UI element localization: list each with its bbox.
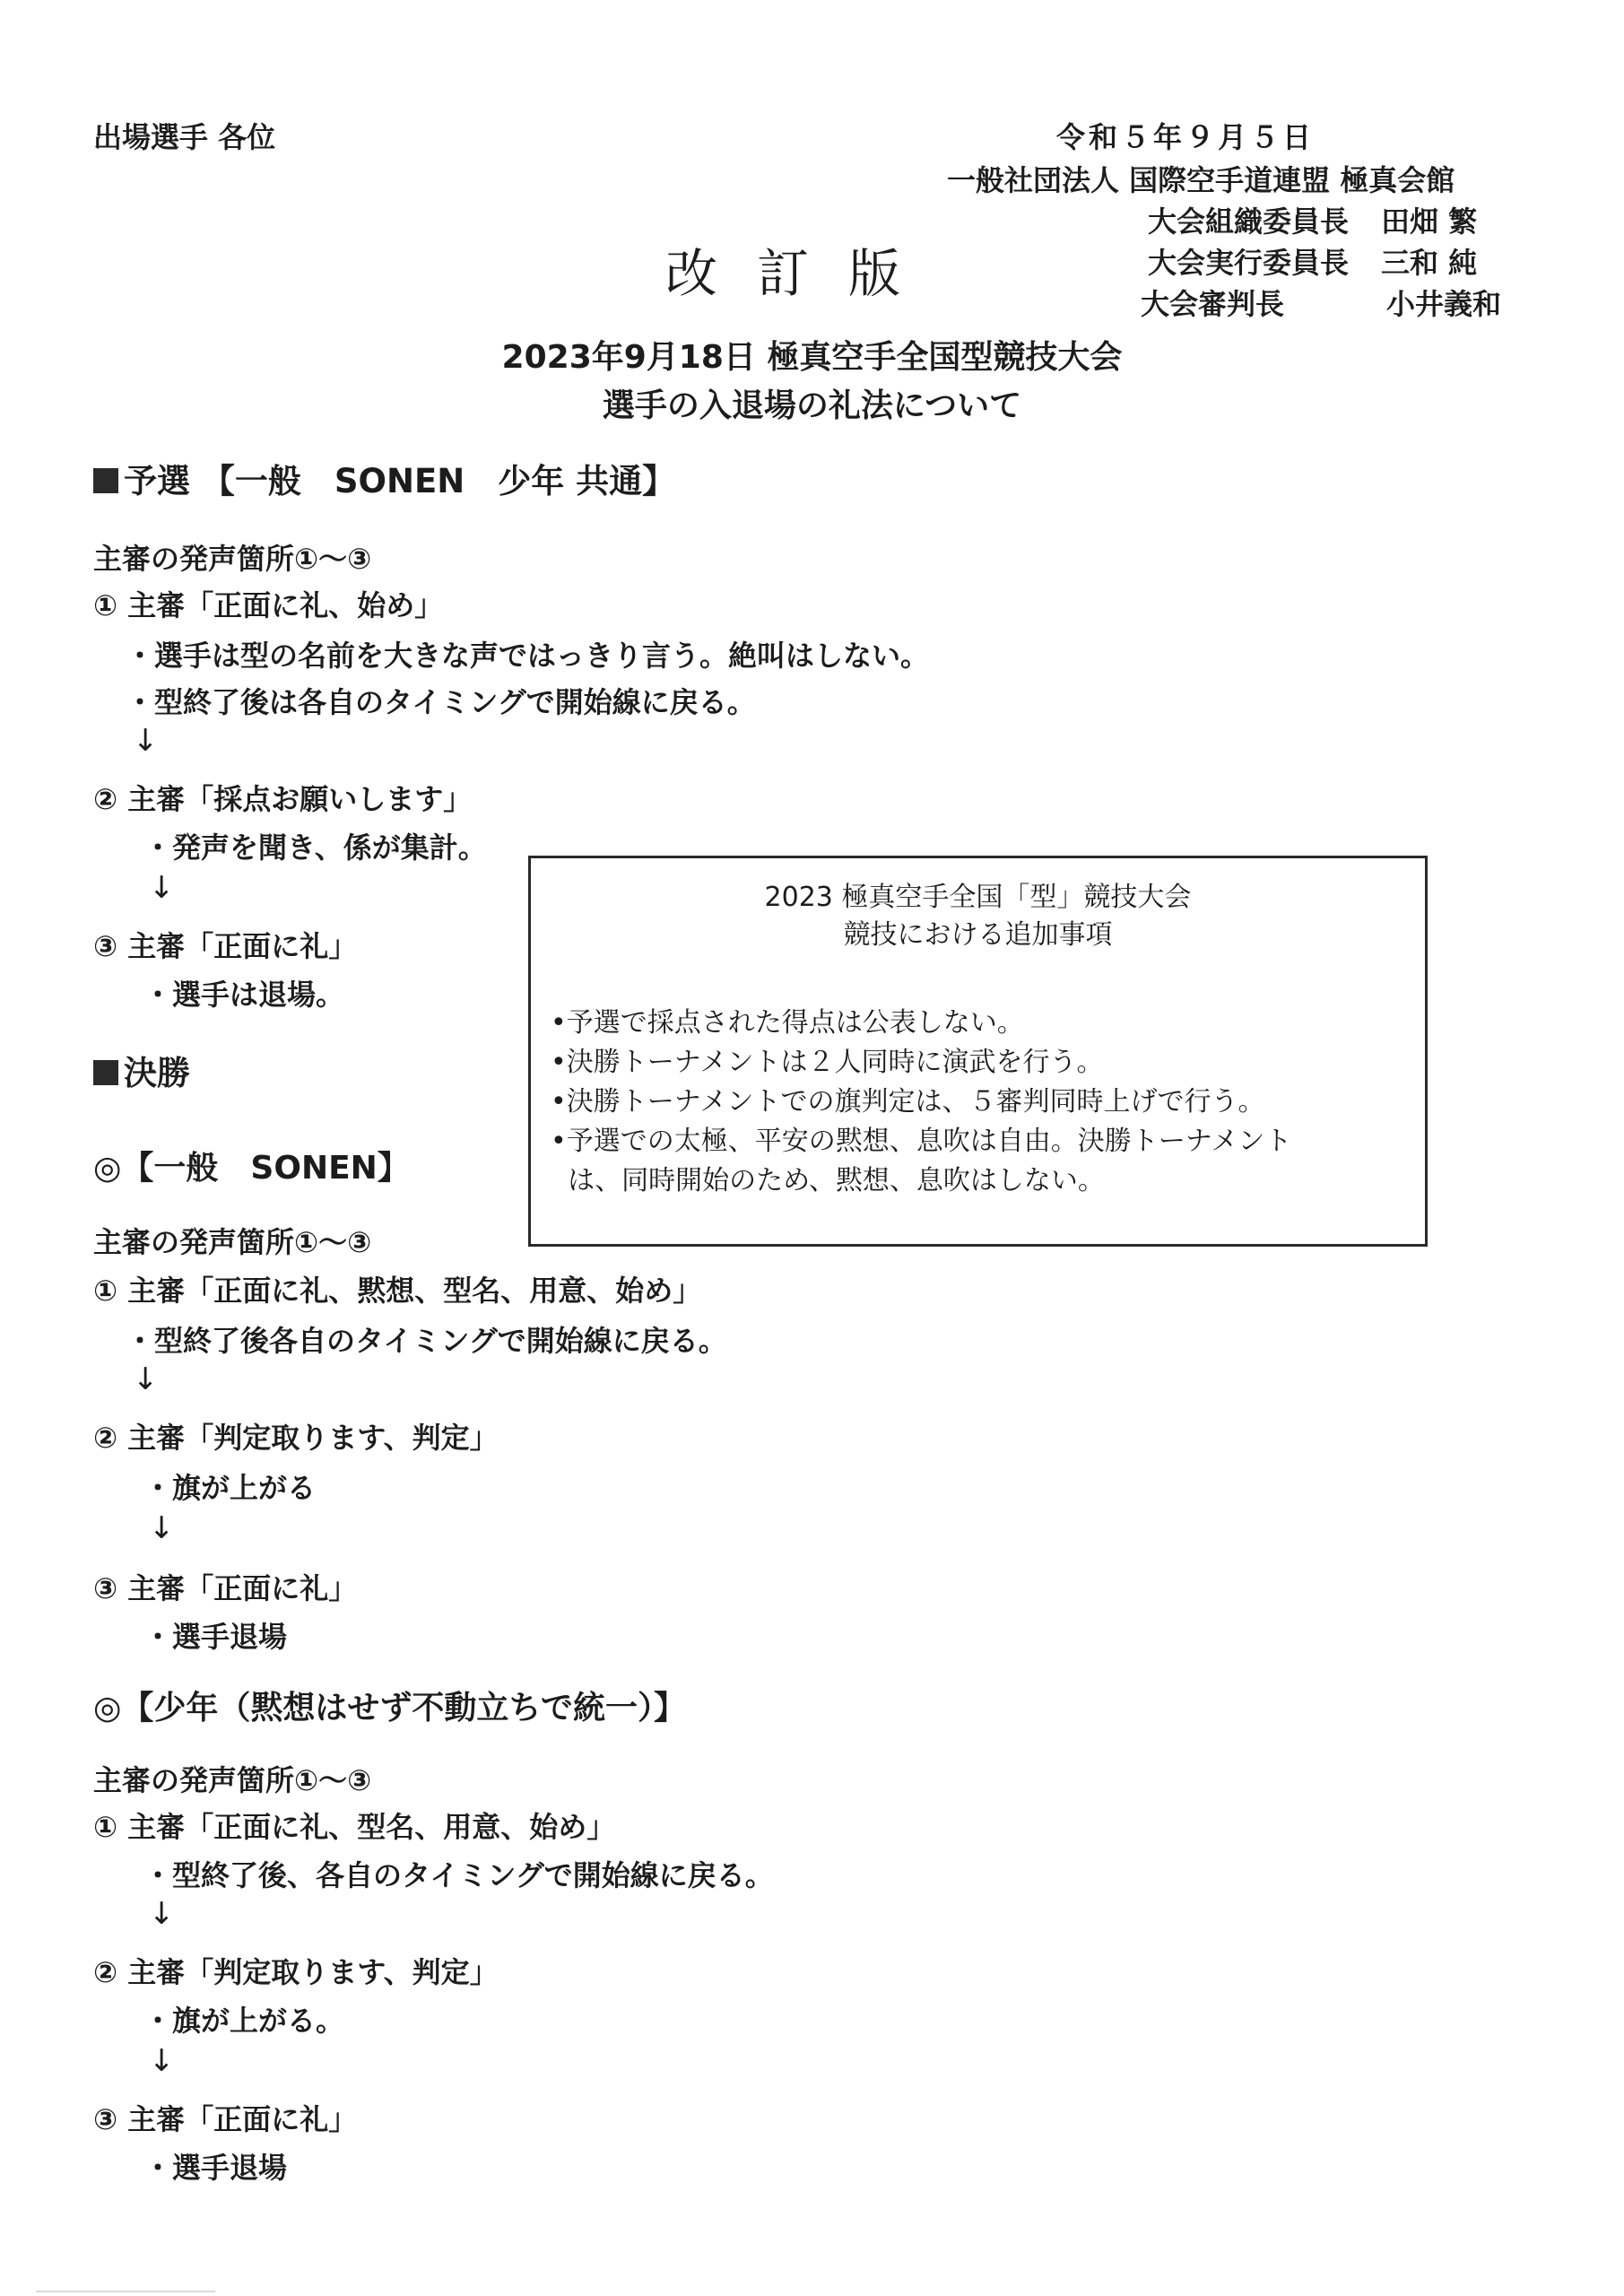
down-arrow-icon: ↓: [133, 1361, 159, 1397]
step-note: ・型終了後、各自のタイミングで開始線に戻る。: [143, 1853, 774, 1894]
signatory-role: 大会実行委員長: [1148, 240, 1349, 282]
signatory-executive-chair: 大会実行委員長 三和 純: [1148, 240, 1349, 282]
step-2: ② 主審「判定取ります、判定」: [93, 1415, 499, 1457]
additional-rules-box: 2023 極真空手全国「型」競技大会 競技における追加事項 •予選で採点された得…: [528, 856, 1428, 1247]
signatory-name: 田畑 繁: [1381, 199, 1477, 240]
step-note: ・選手退場: [143, 2145, 287, 2187]
signatory-role: 大会組織委員長: [1148, 199, 1349, 240]
calls-label: 主審の発声箇所①～③: [93, 536, 371, 578]
down-arrow-icon: ↓: [149, 1896, 175, 1932]
revision-label: 改訂版: [665, 231, 940, 307]
subsection-heading-general: ◎【一般 SONEN】: [93, 1143, 410, 1188]
signatory-role: 大会審判長: [1141, 282, 1284, 323]
document-date: 令和５年９月５日: [1056, 115, 1315, 156]
step-3: ③ 主審「正面に礼」: [93, 924, 357, 965]
organization: 一般社団法人 国際空手道連盟 極真会館: [947, 158, 1455, 199]
step-note: ・選手退場: [143, 1614, 287, 1656]
calls-label: 主審の発声箇所①～③: [93, 1758, 371, 1799]
step-note: ・旗が上がる。: [143, 1998, 344, 2039]
step-1: ① 主審「正面に礼、黙想、型名、用意、始め」: [93, 1268, 701, 1309]
step-note: ・発声を聞き、係が集計。: [143, 825, 487, 866]
step-note: ・型終了後は各自のタイミングで開始線に戻る。: [126, 680, 756, 721]
notice-item: •予選での太極、平安の黙想、息吹は自由。決勝トーナメント: [551, 1118, 1292, 1158]
down-arrow-icon: ↓: [149, 870, 175, 906]
subsection-heading-youth: ◎【少年（黙想はせず不動立ちで統一）】: [93, 1683, 686, 1728]
step-3: ③ 主審「正面に礼」: [93, 1566, 357, 1607]
step-1: ① 主審「正面に礼、型名、用意、始め」: [93, 1805, 615, 1846]
notice-title: 2023 極真空手全国「型」競技大会: [531, 874, 1425, 914]
step-2: ② 主審「判定取ります、判定」: [93, 1950, 499, 1991]
document-subtitle: 選手の入退場の礼法について: [0, 380, 1624, 426]
step-1: ① 主審「正面に礼、始め」: [93, 583, 443, 624]
down-arrow-icon: ↓: [149, 1510, 175, 1546]
document-title: 2023年9月18日 極真空手全国型競技大会: [0, 332, 1624, 378]
signatory-name: 三和 純: [1381, 240, 1477, 282]
step-note: ・旗が上がる: [143, 1465, 316, 1507]
down-arrow-icon: ↓: [133, 723, 159, 759]
signatory-organizing-chair: 大会組織委員長 田畑 繁: [1148, 199, 1349, 240]
square-bullet-icon: [93, 468, 118, 493]
notice-item: •決勝トーナメントは２人同時に演武を行う。: [551, 1039, 1104, 1079]
notice-subtitle: 競技における追加事項: [531, 912, 1425, 952]
calls-label: 主審の発声箇所①～③: [93, 1220, 371, 1261]
step-3: ③ 主審「正面に礼」: [93, 2097, 357, 2138]
notice-item: •予選で採点された得点は公表しない。: [551, 1000, 1024, 1039]
signatory-name: 小井義和: [1386, 282, 1501, 323]
section-heading-preliminary: 予選 【一般 SONEN 少年 共通】: [93, 454, 675, 502]
scan-artifact-line: [36, 2291, 215, 2292]
down-arrow-icon: ↓: [149, 2043, 175, 2079]
notice-item: •決勝トーナメントでの旗判定は、５審判同時上げで行う。: [551, 1079, 1265, 1118]
step-note: ・型終了後各自のタイミングで開始線に戻る。: [126, 1318, 727, 1360]
square-bullet-icon: [93, 1060, 118, 1085]
step-note: ・選手は退場。: [143, 972, 344, 1013]
addressee: 出場選手 各位: [93, 115, 275, 156]
signatory-chief-referee: 大会審判長 小井義和: [1141, 282, 1284, 323]
step-note: ・選手は型の名前を大きな声ではっきり言う。絶叫はしない。: [126, 633, 929, 674]
notice-item: は、同時開始のため、黙想、息吹はしない。: [551, 1158, 1105, 1197]
step-2: ② 主審「採点お願いします」: [93, 777, 472, 818]
section-heading-final: 決勝: [93, 1046, 190, 1094]
